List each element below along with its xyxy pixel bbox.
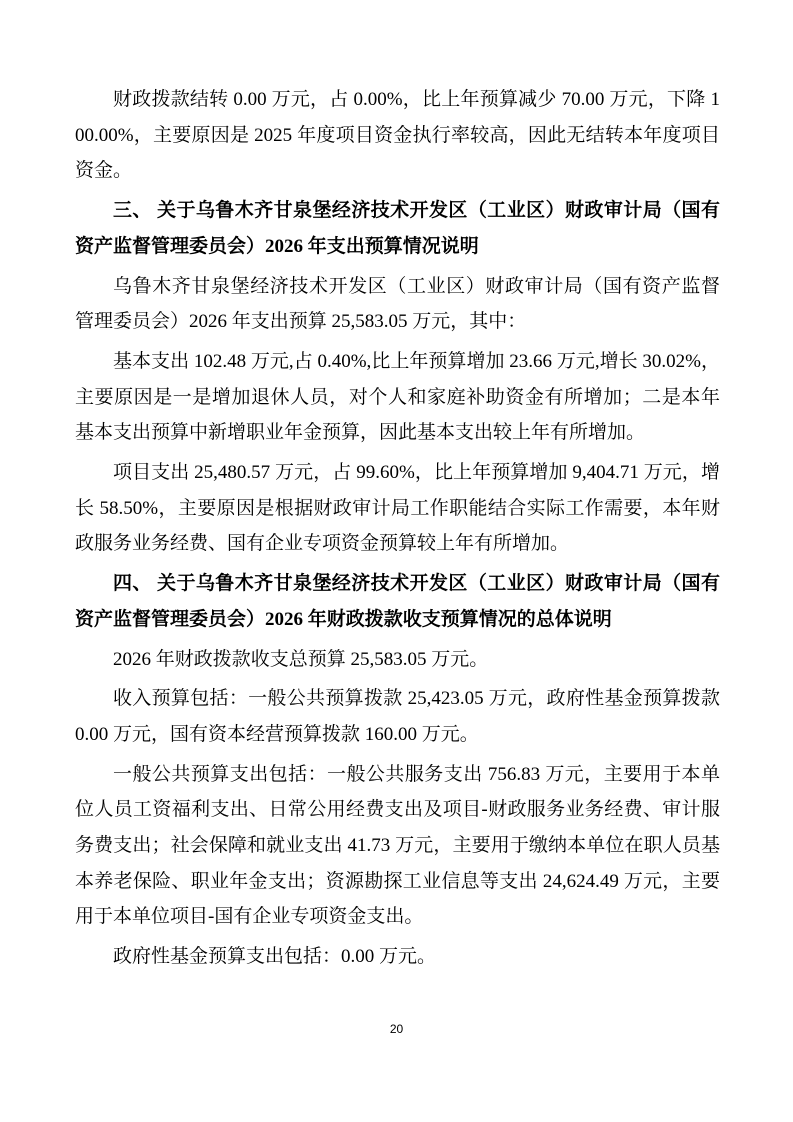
- paragraph-government-fund-budget-expenditure: 政府性基金预算支出包括：0.00 万元。: [75, 939, 720, 975]
- page-number: 20: [0, 1022, 793, 1036]
- paragraph-fiscal-carryover: 财政拨款结转 0.00 万元，占 0.00%，比上年预算减少 70.00 万元，…: [75, 82, 720, 189]
- paragraph-project-expenditure: 项目支出 25,480.57 万元，占 99.60%，比上年预算增加 9,404…: [75, 455, 720, 562]
- heading-section-four-fiscal-appropriation: 四、 关于乌鲁木齐甘泉堡经济技术开发区（工业区）财政审计局（国有资产监督管理委员…: [75, 566, 720, 637]
- paragraph-revenue-budget: 收入预算包括：一般公共预算拨款 25,423.05 万元，政府性基金预算拨款 0…: [75, 681, 720, 752]
- paragraph-general-public-budget-expenditure: 一般公共预算支出包括：一般公共服务支出 756.83 万元，主要用于本单位人员工…: [75, 757, 720, 936]
- document-page: 财政拨款结转 0.00 万元，占 0.00%，比上年预算减少 70.00 万元，…: [0, 0, 793, 1122]
- paragraph-total-fiscal-budget: 2026 年财政拨款收支总预算 25,583.05 万元。: [75, 642, 720, 678]
- paragraph-basic-expenditure: 基本支出 102.48 万元,占 0.40%,比上年预算增加 23.66 万元,…: [75, 344, 720, 451]
- page-content: 财政拨款结转 0.00 万元，占 0.00%，比上年预算减少 70.00 万元，…: [75, 82, 720, 979]
- heading-section-three-expenditure-budget: 三、 关于乌鲁木齐甘泉堡经济技术开发区（工业区）财政审计局（国有资产监督管理委员…: [75, 193, 720, 264]
- paragraph-expenditure-budget-total: 乌鲁木齐甘泉堡经济技术开发区（工业区）财政审计局（国有资产监督管理委员会）202…: [75, 269, 720, 340]
